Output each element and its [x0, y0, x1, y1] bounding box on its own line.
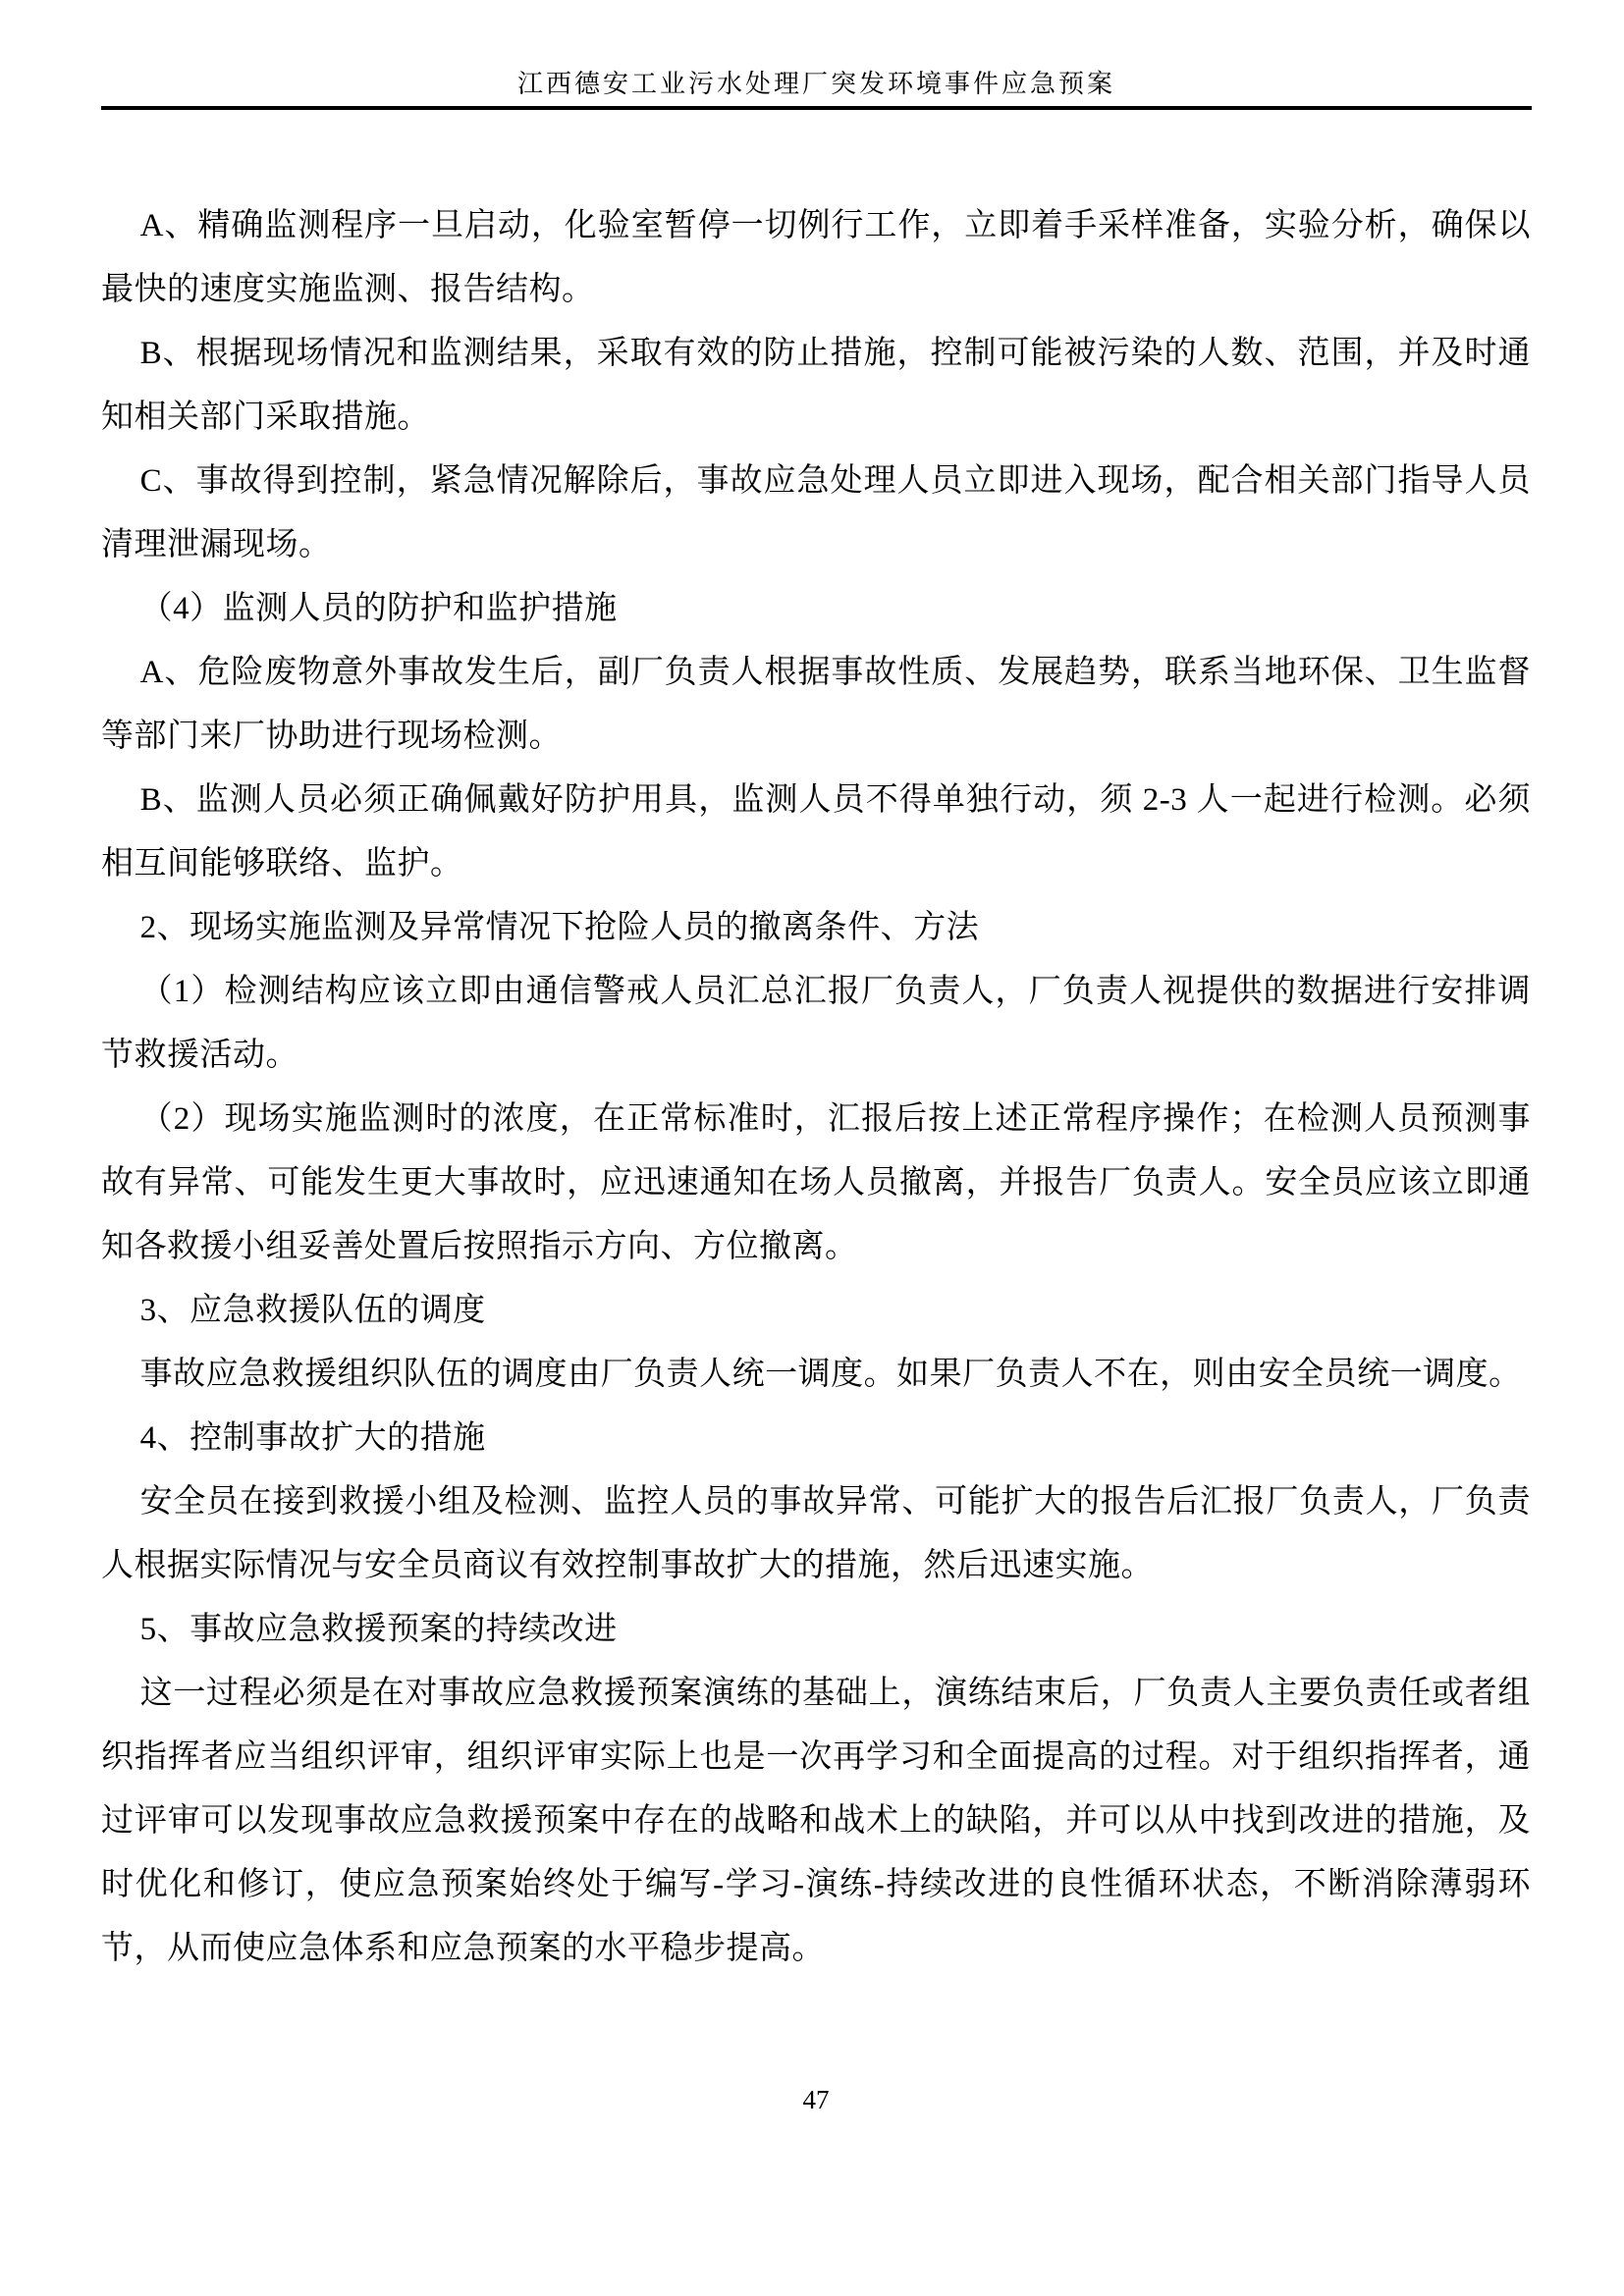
paragraph: （1）检测结构应该立即由通信警戒人员汇总汇报厂负责人，厂负责人视提供的数据进行安…	[101, 960, 1531, 1088]
header-title: 江西德安工业污水处理厂突发环境事件应急预案	[517, 64, 1115, 106]
paragraph: 4、控制事故扩大的措施	[101, 1407, 1531, 1470]
paragraph: 安全员在接到救援小组及检测、监控人员的事故异常、可能扩大的报告后汇报厂负责人，厂…	[101, 1470, 1531, 1598]
paragraph: C、事故得到控制，紧急情况解除后，事故应急处理人员立即进入现场，配合相关部门指导…	[101, 450, 1531, 577]
document-page: 江西德安工业污水处理厂突发环境事件应急预案 A、精确监测程序一旦启动，化验室暂停…	[0, 0, 1624, 2296]
paragraph: 3、应急救援队伍的调度	[101, 1279, 1531, 1343]
paragraph: 2、现场实施监测及异常情况下抢险人员的撤离条件、方法	[101, 896, 1531, 960]
paragraph: A、精确监测程序一旦启动，化验室暂停一切例行工作，立即着手采样准备，实验分析，确…	[101, 194, 1531, 322]
page-number: 47	[803, 2085, 830, 2114]
paragraph: 这一过程必须是在对事故应急救援预案演练的基础上，演练结束后，厂负责人主要负责任或…	[101, 1662, 1531, 1981]
page-header: 江西德安工业污水处理厂突发环境事件应急预案	[101, 0, 1532, 110]
paragraph: B、根据现场情况和监测结果，采取有效的防止措施，控制可能被污染的人数、范围，并及…	[101, 322, 1531, 450]
paragraph: 5、事故应急救援预案的持续改进	[101, 1598, 1531, 1662]
paragraph: （2）现场实施监测时的浓度，在正常标准时，汇报后按上述正常程序操作；在检测人员预…	[101, 1088, 1531, 1279]
paragraph: A、危险废物意外事故发生后，副厂负责人根据事故性质、发展趋势，联系当地环保、卫生…	[101, 641, 1531, 769]
paragraph: 事故应急救援组织队伍的调度由厂负责人统一调度。如果厂负责人不在，则由安全员统一调…	[101, 1343, 1531, 1407]
page-footer: 47	[101, 2085, 1531, 2115]
paragraph: （4）监测人员的防护和监护措施	[101, 577, 1531, 641]
document-body: A、精确监测程序一旦启动，化验室暂停一切例行工作，立即着手采样准备，实验分析，确…	[101, 110, 1531, 1981]
paragraph: B、监测人员必须正确佩戴好防护用具，监测人员不得单独行动，须 2-3 人一起进行…	[101, 769, 1531, 896]
